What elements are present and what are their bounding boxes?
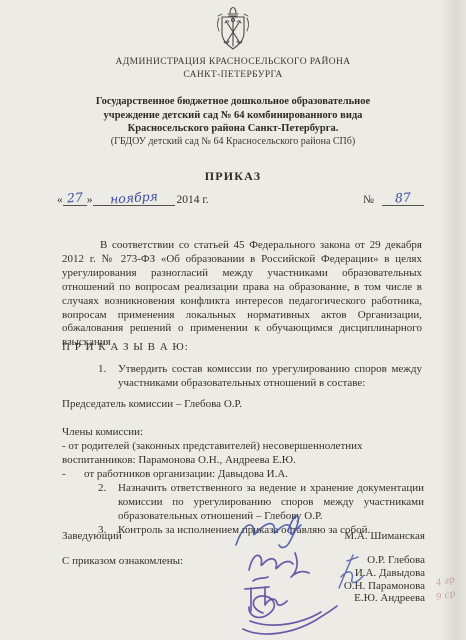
ack-name-davydova: И.А. Давыдова bbox=[344, 567, 425, 580]
number-sign: № bbox=[363, 194, 374, 206]
members-staff-line: - от работников организации: Давыдова И.… bbox=[62, 468, 422, 482]
signature-paramonova bbox=[245, 577, 287, 611]
staff-text: от работников организации: Давыдова И.А. bbox=[84, 468, 288, 482]
year-label: 2014 г. bbox=[177, 194, 209, 206]
authority-line1: АДМИНИСТРАЦИЯ КРАСНОСЕЛЬСКОГО РАЙОНА bbox=[0, 56, 466, 69]
resolution-heading: П Р И К А З Ы В А Ю: bbox=[62, 341, 189, 355]
head-position: Заведующий bbox=[62, 530, 122, 544]
handwritten-day: 27 bbox=[66, 191, 83, 204]
handwritten-number-field: 87 bbox=[382, 192, 424, 206]
item1-text: Утвердить состав комиссии по урегулирова… bbox=[118, 363, 422, 391]
signature-andreeva bbox=[243, 596, 337, 634]
handwritten-day-field: 27 bbox=[63, 192, 87, 206]
head-sign-row: Заведующий М.А. Шиманская bbox=[62, 530, 425, 544]
coat-of-arms-emblem bbox=[213, 6, 253, 52]
scanned-order-document: АДМИНИСТРАЦИЯ КРАСНОСЕЛЬСКОГО РАЙОНА САН… bbox=[0, 0, 466, 640]
head-name: М.А. Шиманская bbox=[344, 530, 425, 544]
order-title: ПРИКАЗ bbox=[0, 169, 466, 184]
ack-name-paramonova: О.Н. Парамонова bbox=[344, 580, 425, 593]
chairman-line: Председатель комиссии – Глебова О.Р. bbox=[62, 398, 242, 412]
handwritten-number: 87 bbox=[395, 191, 412, 204]
organization-name: Государственное бюджетное дошкольное обр… bbox=[0, 95, 466, 136]
item2-text: Назначить ответственного за ведение и хр… bbox=[118, 482, 424, 524]
preamble-paragraph: В соответствии со статьей 45 Федеральног… bbox=[62, 239, 422, 350]
members-heading: Члены комиссии: bbox=[62, 426, 143, 440]
acknowledged-label: С приказом ознакомлены: bbox=[62, 555, 183, 569]
authority-header: АДМИНИСТРАЦИЯ КРАСНОСЕЛЬСКОГО РАЙОНА САН… bbox=[0, 56, 466, 82]
signature-glebova bbox=[249, 553, 309, 577]
staff-dash: - bbox=[62, 468, 84, 482]
item1-marker: 1. bbox=[98, 363, 118, 391]
item2-marker: 2. bbox=[98, 482, 118, 524]
pencil-note-2: 9 ср bbox=[435, 589, 456, 603]
order-item-1: 1. Утвердить состав комиссии по урегулир… bbox=[98, 363, 422, 391]
org-line1: Государственное бюджетное дошкольное обр… bbox=[0, 95, 466, 109]
date-number-line: « 27 » ноября 2014 г. № 87 bbox=[57, 192, 424, 206]
handwritten-month: ноября bbox=[109, 190, 158, 205]
date-group: « 27 » ноября 2014 г. bbox=[57, 192, 209, 206]
handwritten-month-field: ноября bbox=[93, 192, 175, 206]
ack-name-glebova: О.Р. Глебова bbox=[344, 554, 425, 567]
ack-name-andreeva: Е.Ю. Андреева bbox=[344, 592, 425, 605]
org-line2: учреждение детский сад № 64 комбинирован… bbox=[0, 109, 466, 123]
authority-line2: САНКТ-ПЕТЕРБУРГА bbox=[0, 69, 466, 82]
acknowledged-names: О.Р. Глебова И.А. Давыдова О.Н. Парамоно… bbox=[344, 554, 425, 605]
order-item-2: 2. Назначить ответственного за ведение и… bbox=[98, 482, 424, 524]
org-line3: Красносельского района Санкт-Петербурга. bbox=[0, 122, 466, 136]
organization-short-name: (ГБДОУ детский сад № 64 Красносельского … bbox=[0, 136, 466, 147]
pencil-note-1: 4 гр bbox=[435, 575, 456, 589]
members-parents-line: - от родителей (законных представителей)… bbox=[62, 440, 384, 468]
number-group: № 87 bbox=[363, 192, 424, 206]
